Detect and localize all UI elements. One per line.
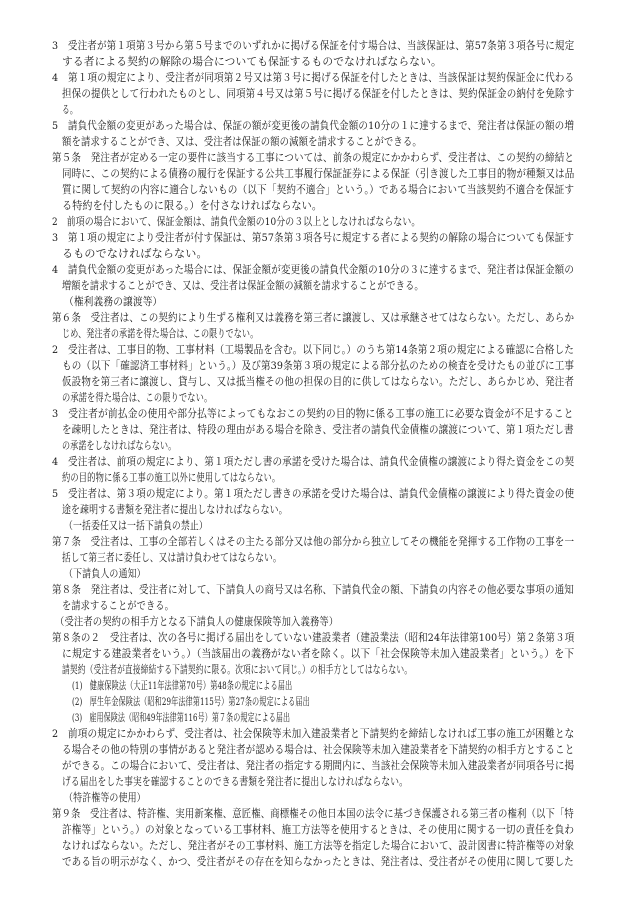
document-line: である旨の明示がなく、かつ、受注者がその存在を知らなかったときは、発注者は、受注… [62,854,574,870]
document-line: る特約を付したものに限る。）を付さなければならない。 [62,198,322,214]
document-line: 4 第１項の規定により、受注者が同項第２号又は第３号に掲げる保証を付したときは、… [52,70,574,86]
document-line: 第９条 受注者は、特許権、実用新案権、意匠権、商標権その他日本国の法令に基づき保… [52,806,574,822]
document-line: を請求することができる。 [62,598,174,614]
document-line: 2 前項の場合において、保証金額は、請負代金額の10分の３以上としなければならな… [52,214,420,230]
document-line: を疎明したときは、発注者は、特段の理由がある場合を除き、受注者の請負代金債権の譲… [62,422,574,438]
document-line: なければならない。ただし、発注者がその工事材料、施工方法等を指定した場合において… [62,838,574,854]
document-line: 第７条 受注者は、工事の全部若しくはその主たる部分又は他の部分から独立してその機… [52,534,574,550]
document-line: する者による契約の解除の場合についても保証するものでなければならない。 [62,54,442,70]
document-line: 3 受注者が前払金の使用や部分払等によってもなおこの契約の目的物に係る工事の施工… [52,406,574,422]
document-page: 3 受注者が第１項第３号から第５号までのいずれかに掲げる保証を付す場合は、当該保… [0,0,630,903]
document-line: （権利義務の譲渡等） [64,294,162,310]
document-line: 許権等」という。）の対象となっている工事材料、施工方法等を使用するときは、その使… [62,822,574,838]
document-line: 3 受注者が第１項第３号から第５号までのいずれかに掲げる保証を付す場合は、当該保… [52,38,574,54]
document-line: 同時に、この契約による債務の履行を保証する公共工事履行保証証券による保証（引き渡… [62,166,574,182]
document-line: 第８条の２ 受注者は、次の各号に掲げる届出をしていない建設業者（建設業法（昭和2… [52,630,574,646]
document-line: の承諾をしなければならない。 [62,438,176,454]
document-line: るものでなければならない。 [62,246,208,262]
document-line: (2) 厚生年金保険法（昭和29年法律第115号）第27条の規定による届出 [72,694,310,710]
document-line: 第５条 発注者が定める一定の要件に該当する工事については、前条の規定にかかわらず… [52,150,574,166]
document-line: 額を請求することができ、又は、受注者は保証の額の減額を請求することができる。 [62,134,422,150]
document-line: 4 受注者は、前項の規定により、第１項ただし書の承諾を受けた場合は、請負代金債権… [52,454,574,470]
document-line: （特許権等の使用） [64,790,146,806]
document-line: 5 請負代金額の変更があった場合は、保証の額が変更後の請負代金額の10分の１に達… [52,118,574,134]
document-line: 担保の提供として行われたものとし、同項第４号又は第５号に掲げる保証を付したときは… [62,86,574,102]
document-line: もの（以下「確認済工事材料」という。）及び第39条第３項の規定による部分払のため… [62,358,574,374]
document-line: 途を疎明する書類を発注者に提出しなければならない。 [62,502,288,518]
document-line: 請契約（受注者が直接締結する下請契約に限る。次項において同じ。）の相手方としては… [62,662,412,678]
document-line: 2 受注者は、工事目的物、工事材料（工場製品を含む。以下同じ。）のうち第14条第… [52,342,574,358]
document-line: 3 第１項の規定により受注者が付す保証は、第57条第３項各号に規定する者による契… [52,230,574,246]
document-line: 約の目的物に係る工事の施工以外に使用してはならない。 [62,470,280,486]
document-line: る場合その他の特別の事情があると発注者が認める場合は、社会保険等未加入建設業者を… [62,742,574,758]
document-line: じめ、発注者の承諾を得た場合は、この限りでない。 [62,326,258,342]
document-line: げる届出をした事実を確認することのできる書類を発注者に提出しなければならない。 [62,774,408,790]
document-line: ができる。この場合において、受注者は、発注者の指定する期間内に、当該社会保険等未… [62,758,574,774]
document-line: 増額を請求することができ、又は、受注者は保証金額の減額を請求することができる。 [62,278,424,294]
document-line: 5 受注者は、第３項の規定により。第１項ただし書きの承諾を受けた場合は、請負代金… [52,486,574,502]
document-line: 2 前項の規定にかかわらず、受注者は、社会保険等未加入建設業者と下請契約を締結し… [52,726,574,742]
document-line: 括して第三者に委任し、又は請け負わせてはならない。 [62,550,282,566]
document-line: （下請負人の通知） [64,566,146,582]
document-line: 質に関して契約の内容に適合しないもの（以下「契約不適合」という。）である場合にお… [62,182,574,198]
document-line: 第８条 発注者は、受注者に対して、下請負人の商号又は名称、下請負代金の額、下請負… [52,582,574,598]
document-line: 4 請負代金額の変更があった場合には、保証金額が変更後の請負代金額の10分の３に… [52,262,574,278]
document-line: (1) 健康保険法（大正11年法律第70号）第48条の規定による届出 [72,678,292,694]
document-line: の承諾を得た場合は、この限りでない。 [62,390,212,406]
document-line: （一括委任又は一括下請負の禁止） [64,518,208,534]
document-line: に規定する建設業者をいう。）（当該届出の義務がない者を除く。以下「社会保険等未加… [62,646,574,662]
document-line: （受注者の契約の相手方となる下請負人の健康保険等加入義務等） [55,614,338,630]
document-line: 第６条 受注者は、この契約により生ずる権利又は義務を第三者に譲渡し、又は承継させ… [52,310,574,326]
document-line: (3) 雇用保険法（昭和49年法律第116号）第７条の規定による届出 [72,710,290,726]
document-line: る。 [62,102,78,118]
document-line: 仮設物を第三者に譲渡し、貸与し、又は抵当権その他の担保の目的に供してはならない。… [62,374,574,390]
